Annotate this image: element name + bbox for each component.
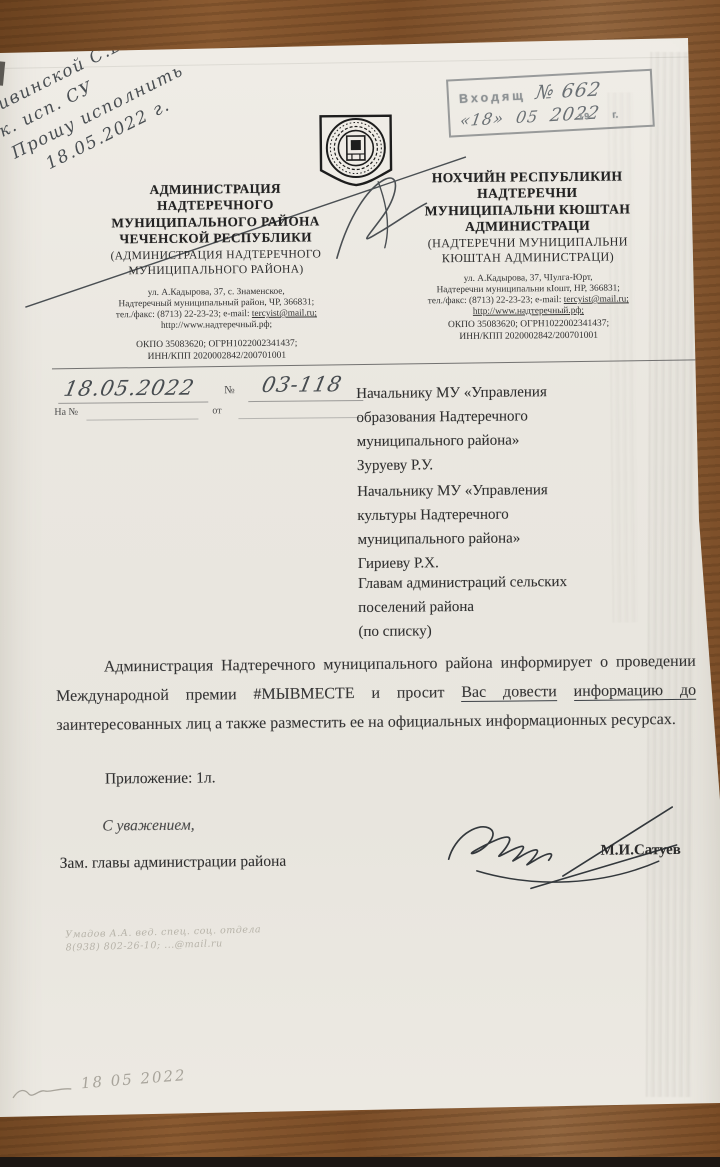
org-reg-codes: ИНН/КПП 2020002842/200701001: [376, 330, 682, 344]
stamp-month: 05: [515, 107, 540, 127]
contact-text: тел./факс: (8713) 22-23-23; e-mail:: [428, 295, 564, 306]
attachment-note: Приложение: 1л.: [105, 769, 216, 788]
body-text: заинтересованных лиц а также разместить …: [56, 711, 676, 734]
bottom-pencil-note: 18 05 2022: [80, 1066, 187, 1092]
org-url: http://www.надтеречный.рф;: [64, 319, 370, 333]
addressee-line: Начальнику МУ «Управления: [356, 379, 666, 406]
stamp-print-year: 19: [578, 111, 591, 122]
letterhead-right: НОХЧИЙН РЕСПУБЛИКИН НАДТЕРЕЧНИ МУНИЦИПАЛ…: [374, 168, 682, 344]
addressee-line: образования Надтеречного: [356, 403, 666, 430]
body-text-underlined: Вас довести: [461, 683, 557, 702]
addressee-line: Главам администраций сельских: [358, 569, 678, 596]
addressee-education: Начальнику МУ «Управления образования На…: [356, 379, 667, 478]
addressee-line: поселений района: [358, 593, 678, 620]
stamp-year: 2022: [549, 102, 602, 126]
addressee-line: (по списку): [358, 617, 678, 644]
addressee-line: культуры Надтеречного: [357, 501, 667, 528]
photo-of-document: { "resolution_note": { "line1": "Гривинс…: [0, 0, 720, 1167]
signer-title: Зам. главы администрации района: [60, 853, 287, 873]
stamp-title: Входящ: [459, 88, 526, 106]
desk-edge-shadow: [0, 1157, 720, 1167]
na-no-label: На №: [54, 407, 78, 418]
pencil-squiggle: [8, 1078, 79, 1103]
addressee-line: Начальнику МУ «Управления: [357, 477, 667, 504]
salutation: С уважением,: [102, 817, 194, 836]
org-url: http://www.надтеречный.рф;: [375, 305, 681, 319]
body-text-underlined: информацию до: [574, 682, 697, 701]
org-reg-codes: ИНН/КПП 2020002842/200701001: [64, 350, 370, 364]
contact-text: тел./факс: (8713) 22-23-23; e-mail:: [116, 309, 252, 320]
addressee-heads: Главам администраций сельских поселений …: [358, 569, 679, 644]
addressee-line: муниципального района»: [358, 525, 668, 552]
outgoing-date-handwritten: 18.05.2022: [62, 376, 197, 401]
org-email: tercyist@mail.ru;: [252, 308, 317, 319]
document-content: Гривинской С.В. Рук. исп. СУ Прошу испол…: [0, 0, 720, 1167]
letterhead-left: АДМИНИСТРАЦИЯ НАДТЕРЕЧНОГО МУНИЦИПАЛЬНОГ…: [62, 180, 370, 364]
ot-label: от: [212, 405, 221, 416]
addressee-line: муниципального района»: [357, 427, 667, 454]
addressee-name: Зуруеву Р.У.: [357, 451, 667, 478]
paper-sheet: Гривинской С.В. Рук. исп. СУ Прошу испол…: [0, 0, 720, 1167]
stamp-year-suffix: г.: [612, 110, 619, 121]
addressee-culture: Начальнику МУ «Управления культуры Надте…: [357, 477, 668, 576]
stamp-day: «18»: [459, 109, 506, 131]
outgoing-number-handwritten: 03-118: [260, 372, 345, 397]
stamp-number: № 662: [534, 78, 603, 104]
org-email: tercyist@mail.ru;: [564, 294, 629, 305]
letter-body: Администрация Надтеречного муниципальног…: [56, 647, 697, 740]
incoming-stamp: Входящ № 662 «18» 05 2022 19 г.: [446, 69, 655, 138]
signer-name: М.И.Сатуев: [601, 842, 681, 860]
executor-note: Умадов А.А. вед. спец. соц. отдела 8(938…: [65, 923, 262, 954]
number-label: №: [224, 384, 235, 396]
